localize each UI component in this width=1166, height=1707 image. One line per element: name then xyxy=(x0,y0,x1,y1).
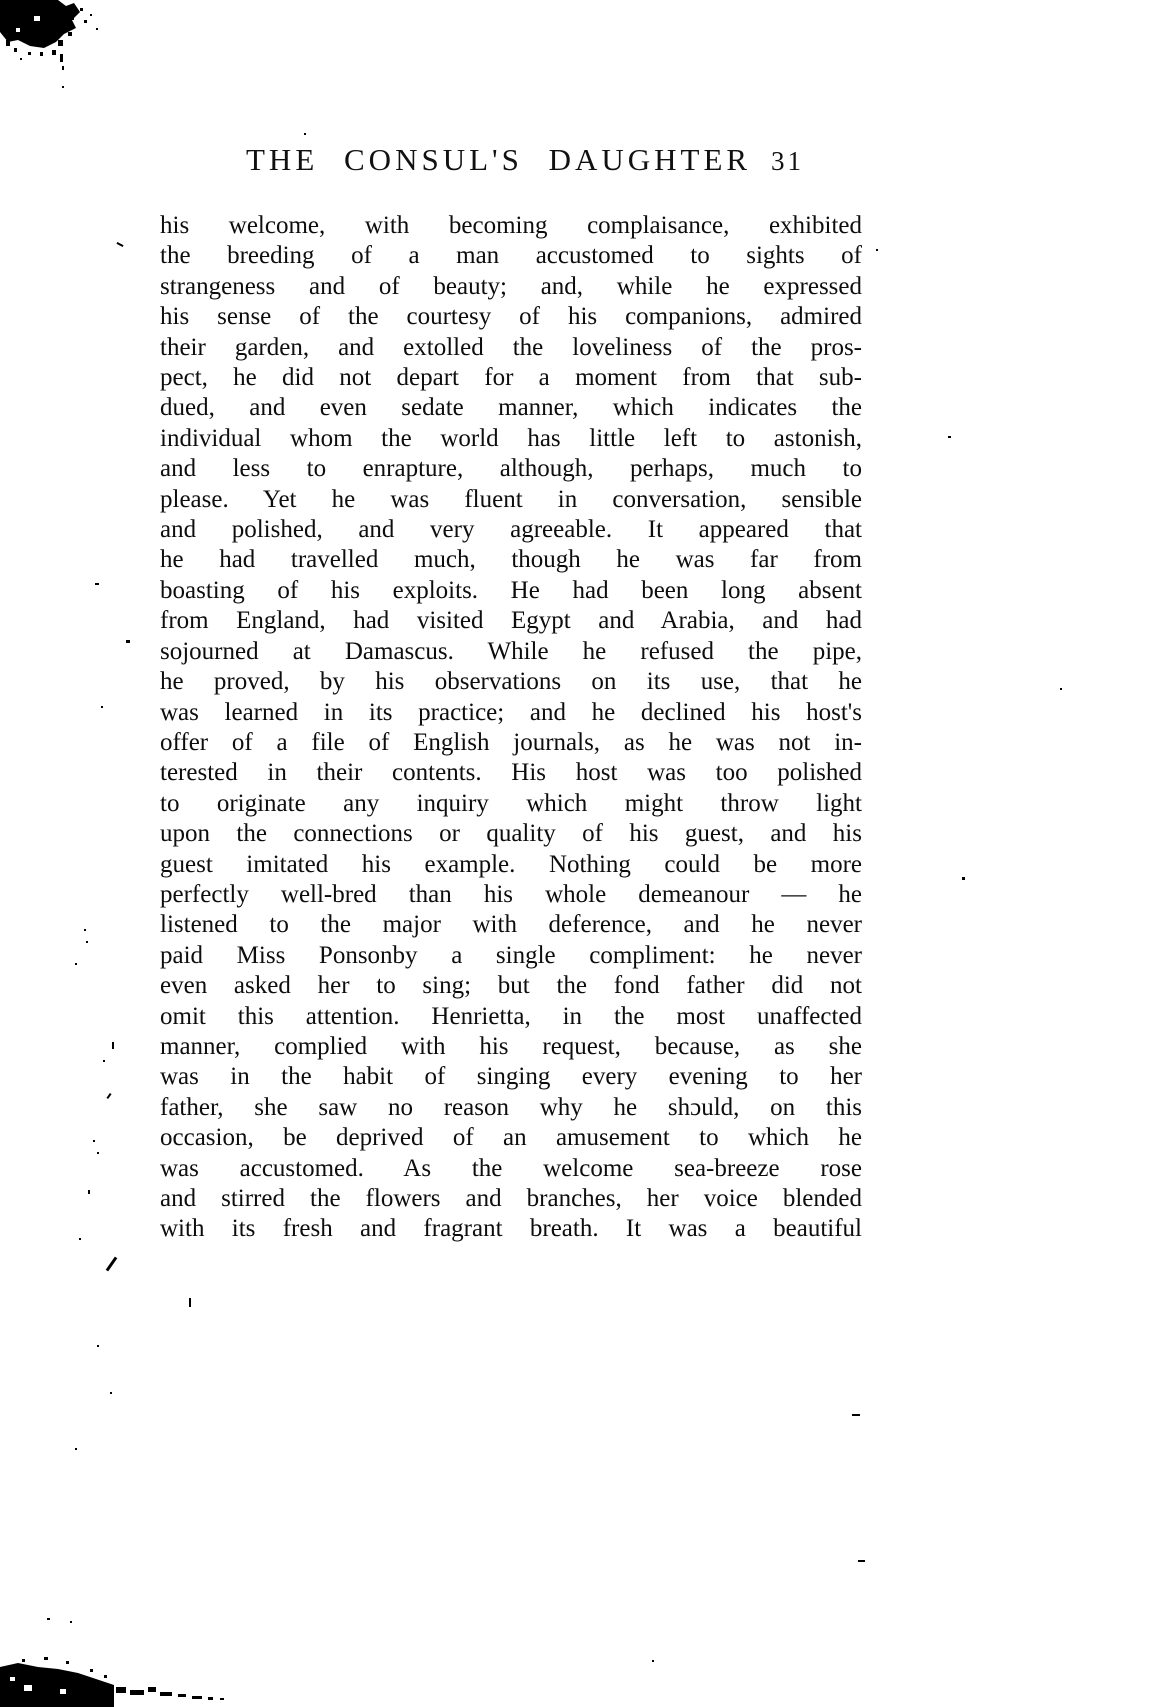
scanned-book-page: THE CONSUL'S DAUGHTER 31 his welcome, wi… xyxy=(0,0,1166,1707)
text-line: strangeness and of beauty; and, while he… xyxy=(160,272,862,302)
text-line: upon the connections or quality of his g… xyxy=(160,819,862,849)
scan-speck xyxy=(106,1257,118,1272)
scan-speck xyxy=(962,877,965,880)
text-line: the breeding of a man accustomed to sigh… xyxy=(160,241,862,271)
scan-speck xyxy=(1060,688,1062,690)
scan-speck xyxy=(652,1660,654,1662)
scan-speck xyxy=(304,133,306,135)
scan-speck xyxy=(97,1152,99,1154)
text-line: his welcome, with becoming complaisance,… xyxy=(160,211,862,241)
scan-speck xyxy=(948,436,951,438)
text-line: please. Yet he was fluent in conversatio… xyxy=(160,485,862,515)
page-header: THE CONSUL'S DAUGHTER 31 xyxy=(160,140,862,186)
text-line: with its fresh and fragrant breath. It w… xyxy=(160,1214,862,1244)
text-line: terested in their contents. His host was… xyxy=(160,758,862,788)
text-line: he proved, by his observations on its us… xyxy=(160,667,862,697)
text-line: was in the habit of singing every evenin… xyxy=(160,1062,862,1092)
ink-blot-top-left xyxy=(0,0,110,100)
scan-speck xyxy=(86,941,88,943)
text-line: even asked her to sing; but the fond fat… xyxy=(160,971,862,1001)
scan-speck xyxy=(112,1042,114,1049)
text-line: perfectly well-bred than his whole demea… xyxy=(160,880,862,910)
text-line: guest imitated his example. Nothing coul… xyxy=(160,850,862,880)
text-line: and polished, and very agreeable. It app… xyxy=(160,515,862,545)
text-line: occasion, be deprived of an amusement to… xyxy=(160,1123,862,1153)
text-line: dued, and even sedate manner, which indi… xyxy=(160,393,862,423)
scan-speck xyxy=(84,929,86,931)
scan-speck xyxy=(106,1093,111,1099)
text-line: to originate any inquiry which might thr… xyxy=(160,789,862,819)
text-line: his sense of the courtesy of his compani… xyxy=(160,302,862,332)
text-line: was accustomed. As the welcome sea-breez… xyxy=(160,1154,862,1184)
text-line: omit this attention. Henrietta, in the m… xyxy=(160,1002,862,1032)
text-line: sojourned at Damascus. While he refused … xyxy=(160,637,862,667)
scan-speck xyxy=(97,1345,99,1347)
scan-speck xyxy=(101,706,103,708)
scan-speck xyxy=(75,1448,77,1450)
scan-speck xyxy=(876,249,878,251)
scan-speck xyxy=(852,1414,860,1416)
text-line: and stirred the flowers and branches, he… xyxy=(160,1184,862,1214)
scan-speck xyxy=(126,640,130,643)
ink-blot-bottom-left xyxy=(0,1657,250,1707)
text-line: from England, had visited Egypt and Arab… xyxy=(160,606,862,636)
scan-speck xyxy=(93,1140,95,1142)
body-text: his welcome, with becoming complaisance,… xyxy=(160,211,862,1245)
text-line: and less to enrapture, although, perhaps… xyxy=(160,454,862,484)
scan-speck xyxy=(70,1621,72,1623)
text-line: pect, he did not depart for a moment fro… xyxy=(160,363,862,393)
text-line: father, she saw no reason why he shɔuld,… xyxy=(160,1093,862,1123)
text-line: manner, complied with his request, becau… xyxy=(160,1032,862,1062)
scan-speck xyxy=(858,1560,865,1562)
scan-speck xyxy=(88,1190,90,1194)
text-line: offer of a file of English journals, as … xyxy=(160,728,862,758)
page-number: 31 xyxy=(771,140,804,182)
scan-speck xyxy=(75,963,77,965)
text-line: paid Miss Ponsonby a single compliment: … xyxy=(160,941,862,971)
scan-speck xyxy=(79,1238,81,1240)
scan-speck xyxy=(95,583,99,585)
scan-speck xyxy=(47,1618,50,1620)
scan-speck xyxy=(116,242,123,247)
text-line: boasting of his exploits. He had been lo… xyxy=(160,576,862,606)
text-line: individual whom the world has little lef… xyxy=(160,424,862,454)
scan-speck xyxy=(110,1392,112,1394)
page-title: THE CONSUL'S DAUGHTER xyxy=(246,140,751,180)
text-line: their garden, and extolled the lovelines… xyxy=(160,333,862,363)
text-line: he had travelled much, though he was far… xyxy=(160,545,862,575)
text-line: was learned in its practice; and he decl… xyxy=(160,698,862,728)
text-line: listened to the major with deference, an… xyxy=(160,910,862,940)
scan-speck xyxy=(103,1060,105,1062)
scan-speck xyxy=(189,1298,191,1307)
